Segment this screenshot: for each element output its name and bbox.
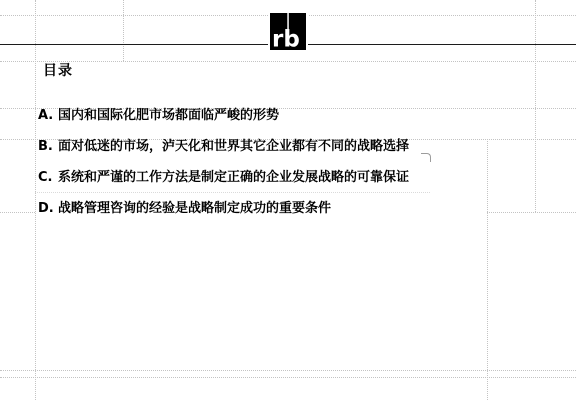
guide-line-vertical (487, 139, 488, 400)
rb-logo: rb (268, 13, 308, 54)
corner-bracket-mark (421, 153, 431, 162)
toc-item-d[interactable]: D. 战略管理咨询的经验是战略制定成功的重要条件 (38, 201, 331, 217)
toc-item-text: 系统和严谨的工作方法是制定正确的企业发展战略的可靠保证 (58, 170, 409, 186)
toc-item-letter: C. (38, 170, 58, 186)
toc-item-text: 面对低迷的市场，泸天化和世界其它企业都有不同的战略选择 (58, 139, 409, 155)
guide-line-horizontal (487, 212, 576, 213)
guide-line-vertical (35, 0, 36, 400)
guide-line-vertical (535, 0, 536, 212)
guide-line-horizontal (0, 212, 35, 213)
slide-canvas: rb 目录 A. 国内和国际化肥市场都面临严峻的形势 B. 面对低迷的市场，泸天… (0, 0, 576, 400)
toc-item-b[interactable]: B. 面对低迷的市场，泸天化和世界其它企业都有不同的战略选择 (38, 139, 409, 155)
toc-item-text: 战略管理咨询的经验是战略制定成功的重要条件 (58, 201, 331, 217)
guide-line-horizontal (0, 61, 576, 62)
toc-item-letter: B. (38, 139, 58, 155)
toc-item-a[interactable]: A. 国内和国际化肥市场都面临严峻的形势 (38, 108, 279, 124)
rb-logo-graphic: rb (268, 13, 308, 50)
toc-item-letter: D. (38, 201, 58, 217)
rb-logo-letters: rb (272, 27, 300, 51)
toc-item-letter: A. (38, 108, 58, 124)
toc-item-text: 国内和国际化肥市场都面临严峻的形势 (58, 108, 279, 124)
guide-line-horizontal (0, 370, 576, 371)
page-title: 目录 (43, 62, 73, 80)
toc-item-c[interactable]: C. 系统和严谨的工作方法是制定正确的企业发展战略的可靠保证 (38, 170, 409, 186)
guide-line-horizontal (0, 377, 576, 378)
guide-line-horizontal (35, 192, 430, 193)
guide-line-vertical (123, 0, 124, 61)
